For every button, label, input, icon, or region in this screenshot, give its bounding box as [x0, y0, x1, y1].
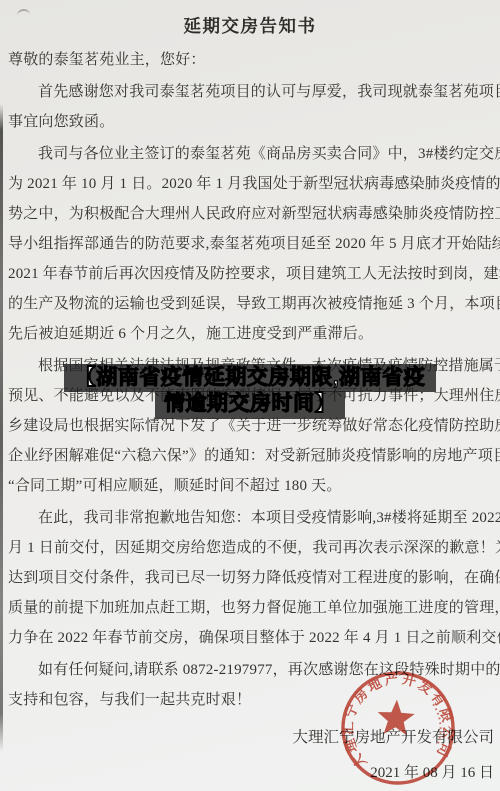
- company-seal-stamp: 大理汇宁房地产开发有限公司: [332, 662, 464, 791]
- doc-paragraph: 我司与各位业主签订的泰玺茗苑《商品房买卖合同》中，3#楼约定交房时间为 2021…: [8, 139, 492, 349]
- doc-line: “合同工期”可相应顺延，顺延时间不超过 180 天。: [8, 471, 492, 501]
- scan-artifact-mark: [17, 9, 30, 16]
- page-title: 延期交房告知书: [0, 0, 500, 45]
- doc-paragraph: 尊敬的泰玺茗苑业主，您好：: [8, 45, 492, 75]
- caption-line-1: 【湖南省疫情延期交房期限,湖南省疫: [64, 364, 436, 392]
- doc-line: 势之中，为积极配合大理州人民政府应对新型冠状病毒感染肺炎疫情防控工作领: [8, 199, 492, 229]
- doc-line: 尊敬的泰玺茗苑业主，您好：: [8, 45, 492, 75]
- doc-line: 首先感谢您对我司泰玺茗苑项目的认可与厚爱，我司现就泰玺茗苑项目交房: [8, 77, 492, 107]
- doc-line: 月 1 日前交付，因延期交房给您造成的不便，我司再次表示深深的歉意！为尽快: [8, 533, 492, 563]
- doc-line: 达到项目交付条件，我司已尽一切努力降低疫情对工程进度的影响，在确保工程: [8, 563, 492, 593]
- subtitle-caption: 【湖南省疫情延期交房期限,湖南省疫 情逾期交房时间】: [0, 364, 500, 419]
- seal-star: [377, 699, 416, 736]
- doc-line: 导小组指挥部通告的防范要求,泰玺茗苑项目延至 2020 年 5 月底才开始陆续复…: [8, 229, 492, 259]
- doc-line: 为 2021 年 10 月 1 日。2020 年 1 月我国处于新型冠状病毒感染…: [8, 169, 492, 199]
- doc-line: 企业纾困解难促“六稳六保”》的通知：对受新冠肺炎疫情影响的房地产项目，: [8, 441, 492, 471]
- scanned-notice-page: 延期交房告知书 尊敬的泰玺茗苑业主，您好：首先感谢您对我司泰玺茗苑项目的认可与厚…: [0, 0, 500, 791]
- doc-line: 的生产及物流的运输也受到延误，导致工期再次被疫情拖延 3 个月，本项目工期: [8, 289, 492, 319]
- doc-line: 2021 年春节前后再次因疫情及防控要求，项目建筑工人无法按时到岗，建筑材料: [8, 259, 492, 289]
- doc-line: 事宜向您致函。: [8, 107, 492, 137]
- doc-paragraph: 首先感谢您对我司泰玺茗苑项目的认可与厚爱，我司现就泰玺茗苑项目交房事宜向您致函。: [8, 77, 492, 137]
- doc-line: 我司与各位业主签订的泰玺茗苑《商品房买卖合同》中，3#楼约定交房时间: [8, 139, 492, 169]
- doc-line: 力争在 2022 年春节前交房，确保项目整体于 2022 年 4 月 1 日之前…: [8, 623, 492, 653]
- doc-line: 质量的前提下加班加点赶工期，也努力督促施工单位加强施工进度的管理，我司: [8, 593, 492, 623]
- doc-paragraph: 在此，我司非常抱歉地告知您：本项目受疫情影响,3#楼将延期至 2022 年 4月…: [8, 503, 492, 653]
- caption-line-2: 情逾期交房时间】: [155, 391, 345, 419]
- doc-line: 在此，我司非常抱歉地告知您：本项目受疫情影响,3#楼将延期至 2022 年 4: [8, 503, 492, 533]
- doc-line: 先后被迫延期近 6 个月之久，施工进度受到严重滞后。: [8, 319, 492, 349]
